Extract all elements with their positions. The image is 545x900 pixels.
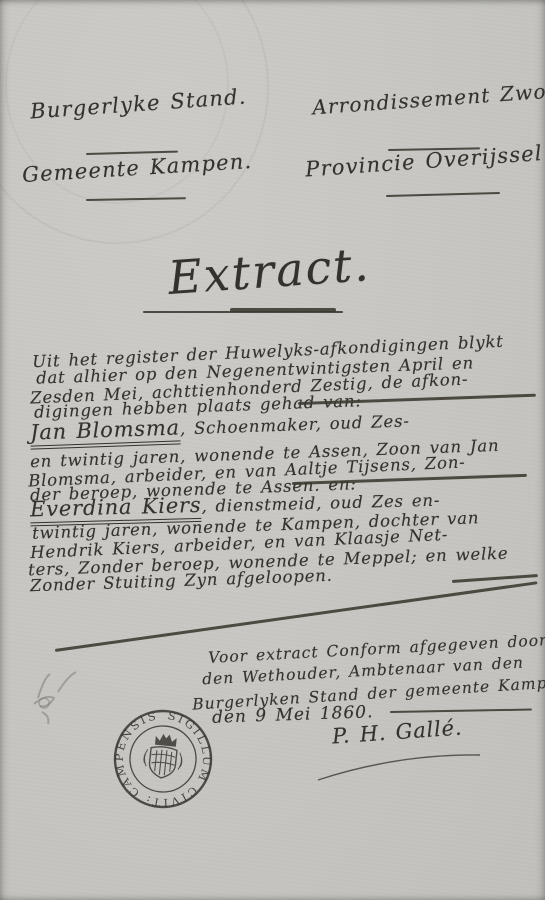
underline-stroke	[386, 192, 500, 197]
crown-icon	[156, 734, 177, 746]
right-supporter	[178, 753, 183, 770]
scanned-document-page: Burgerlyke Stand. Arrondissement Zwolle.…	[0, 0, 545, 900]
city-seal-stamp: SIGILLUM CIVIT: CAMPENSIS	[100, 696, 225, 821]
left-supporter	[143, 749, 148, 766]
groom-name: Jan Blomsma	[30, 415, 181, 449]
seal-outer-ring	[110, 706, 216, 812]
signature-flourish	[312, 740, 492, 788]
title-underline-thick	[230, 308, 336, 312]
groom-after-name: , Schoenmaker, oud Zes-	[180, 411, 410, 438]
header-arrondissement: Arrondissement Zwolle.	[311, 77, 545, 120]
page-title: Extract.	[166, 237, 372, 305]
seal-inner-ring	[127, 723, 200, 796]
seal-text: SIGILLUM CIVIT: CAMPENSIS	[108, 704, 218, 814]
filler-stroke	[390, 709, 532, 713]
filler-stroke	[452, 574, 538, 582]
coat-of-arms	[142, 733, 184, 780]
pencil-annotation	[24, 664, 82, 742]
header-provincie: Provincie Overijssel.	[304, 140, 545, 181]
